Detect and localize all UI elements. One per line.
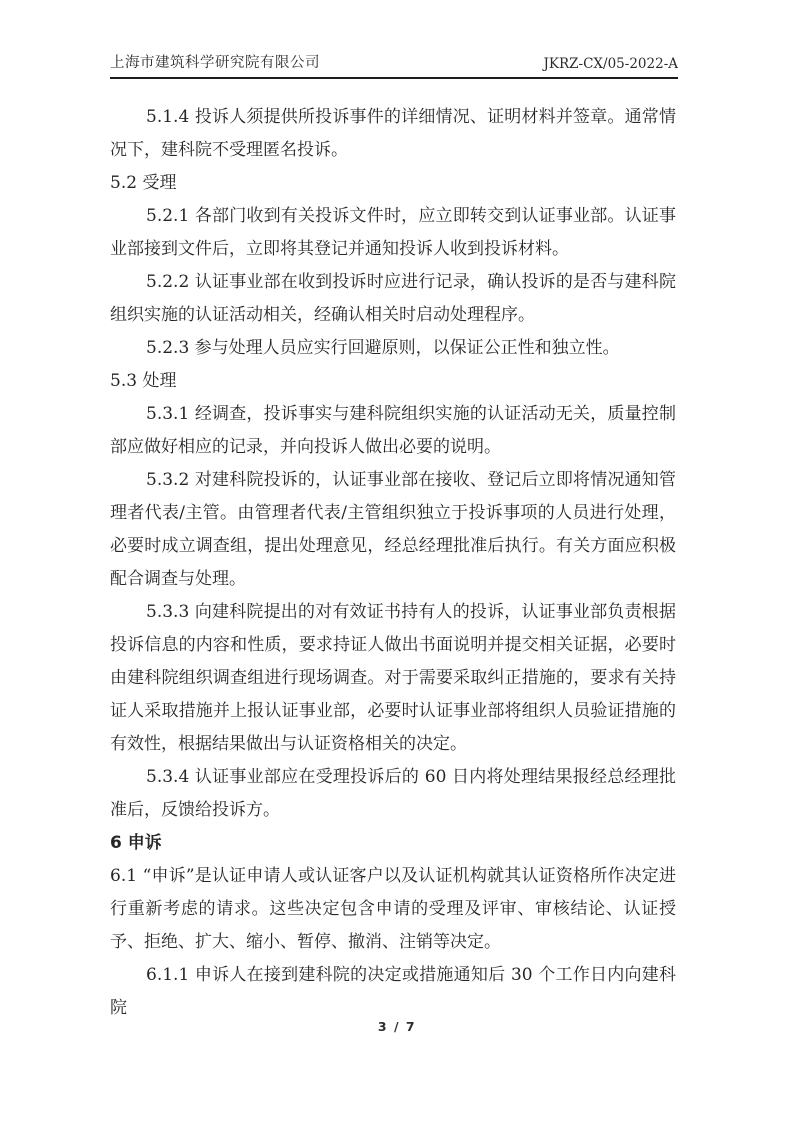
paragraph-5-3-4: 5.3.4 认证事业部应在受理投诉后的 60 日内将处理结果报经总经理批准后，反… bbox=[110, 761, 676, 827]
paragraph-5-2-1: 5.2.1 各部门收到有关投诉文件时，应立即转交到认证事业部。认证事业部接到文件… bbox=[110, 200, 676, 266]
section-heading-5-3: 5.3 处理 bbox=[110, 365, 676, 398]
paragraph-5-3-3: 5.3.3 向建科院提出的对有效证书持有人的投诉，认证事业部负责根据投诉信息的内… bbox=[110, 596, 676, 761]
paragraph-5-2-2: 5.2.2 认证事业部在收到投诉时应进行记录，确认投诉的是否与建科院组织实施的认… bbox=[110, 266, 676, 332]
paragraph-5-3-1: 5.3.1 经调查，投诉事实与建科院组织实施的认证活动无关，质量控制部应做好相应… bbox=[110, 398, 676, 464]
page-number-indicator: 3 / 7 bbox=[0, 1019, 794, 1034]
company-name: 上海市建筑科学研究院有限公司 bbox=[110, 51, 320, 72]
chapter-heading-6: 6 申诉 bbox=[110, 827, 676, 860]
document-page: 上海市建筑科学研究院有限公司 JKRZ-CX/05-2022-A 5.1.4 投… bbox=[0, 0, 794, 1123]
document-body: 5.1.4 投诉人须提供所投诉事件的详细情况、证明材料并签章。通常情况下，建科院… bbox=[110, 101, 676, 1025]
paragraph-5-1-4: 5.1.4 投诉人须提供所投诉事件的详细情况、证明材料并签章。通常情况下，建科院… bbox=[110, 101, 676, 167]
section-heading-5-2: 5.2 受理 bbox=[110, 167, 676, 200]
document-header: 上海市建筑科学研究院有限公司 JKRZ-CX/05-2022-A bbox=[110, 46, 678, 79]
paragraph-6-1: 6.1 “申诉”是认证申请人或认证客户以及认证机构就其认证资格所作决定进行重新考… bbox=[110, 860, 676, 959]
document-number: JKRZ-CX/05-2022-A bbox=[544, 56, 679, 72]
paragraph-6-1-1: 6.1.1 申诉人在接到建科院的决定或措施通知后 30 个工作日内向建科院 bbox=[110, 959, 676, 1025]
paragraph-5-2-3: 5.2.3 参与处理人员应实行回避原则，以保证公正性和独立性。 bbox=[110, 332, 676, 365]
paragraph-5-3-2: 5.3.2 对建科院投诉的，认证事业部在接收、登记后立即将情况通知管理者代表/主… bbox=[110, 464, 676, 596]
page-number-text: 3 / 7 bbox=[378, 1019, 416, 1034]
